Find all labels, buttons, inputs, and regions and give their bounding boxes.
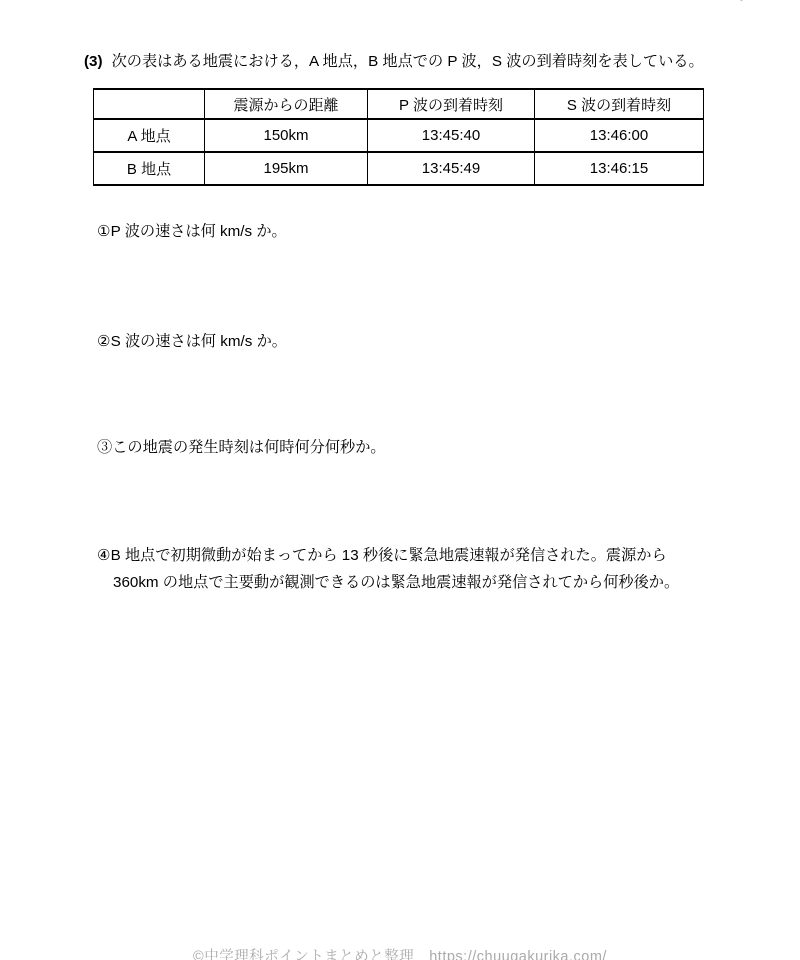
subquestion-4-line1: ④B 地点で初期微動が始まってから 13 秒後に緊急地震速報が発信された。震源か… — [97, 547, 667, 564]
row-b-distance: 195km — [205, 152, 368, 185]
table-header-row: 震源からの距離 P 波の到着時刻 S 波の到着時刻 — [94, 89, 704, 119]
row-b-p-time: 13:45:49 — [368, 152, 535, 185]
question-heading-text: 次の表はある地震における，A 地点，B 地点での P 波，S 波の到着時刻を表し… — [112, 53, 704, 70]
footer-credit: ©中学理科ポイントまとめと整理 https://chuugakurika.com… — [0, 945, 800, 960]
subquestion-4: ④B 地点で初期微動が始まってから 13 秒後に緊急地震速報が発信された。震源か… — [97, 542, 679, 596]
table-row-point-a: A 地点 150km 13:45:40 13:46:00 — [94, 119, 704, 152]
row-a-distance: 150km — [205, 119, 368, 152]
row-a-p-time: 13:45:40 — [368, 119, 535, 152]
page-number: 15/33 — [721, 0, 764, 5]
row-b-s-time: 13:46:15 — [535, 152, 704, 185]
subquestion-1: ①P 波の速さは何 km/s か。 — [97, 218, 287, 245]
subquestion-3: ③この地震の発生時刻は何時何分何秒か。 — [97, 434, 386, 461]
subquestion-4-line2: 360km の地点で主要動が観測できるのは緊急地震速報が発信されてから何秒後か。 — [97, 569, 679, 596]
seismic-data-table: 震源からの距離 P 波の到着時刻 S 波の到着時刻 A 地点 150km 13:… — [93, 88, 704, 186]
subquestion-2: ②S 波の速さは何 km/s か。 — [97, 328, 287, 355]
question-heading: (3)次の表はある地震における，A 地点，B 地点での P 波，S 波の到着時刻… — [84, 51, 764, 73]
table-header-distance: 震源からの距離 — [205, 89, 368, 119]
row-a-s-time: 13:46:00 — [535, 119, 704, 152]
worksheet-page: 15/33 (3)次の表はある地震における，A 地点，B 地点での P 波，S … — [0, 0, 800, 960]
table-header-s-wave: S 波の到着時刻 — [535, 89, 704, 119]
table-header-empty — [94, 89, 205, 119]
table-header-p-wave: P 波の到着時刻 — [368, 89, 535, 119]
row-a-label: A 地点 — [94, 119, 205, 152]
row-b-label: B 地点 — [94, 152, 205, 185]
table-row-point-b: B 地点 195km 13:45:49 13:46:15 — [94, 152, 704, 185]
question-number: (3) — [84, 53, 103, 70]
